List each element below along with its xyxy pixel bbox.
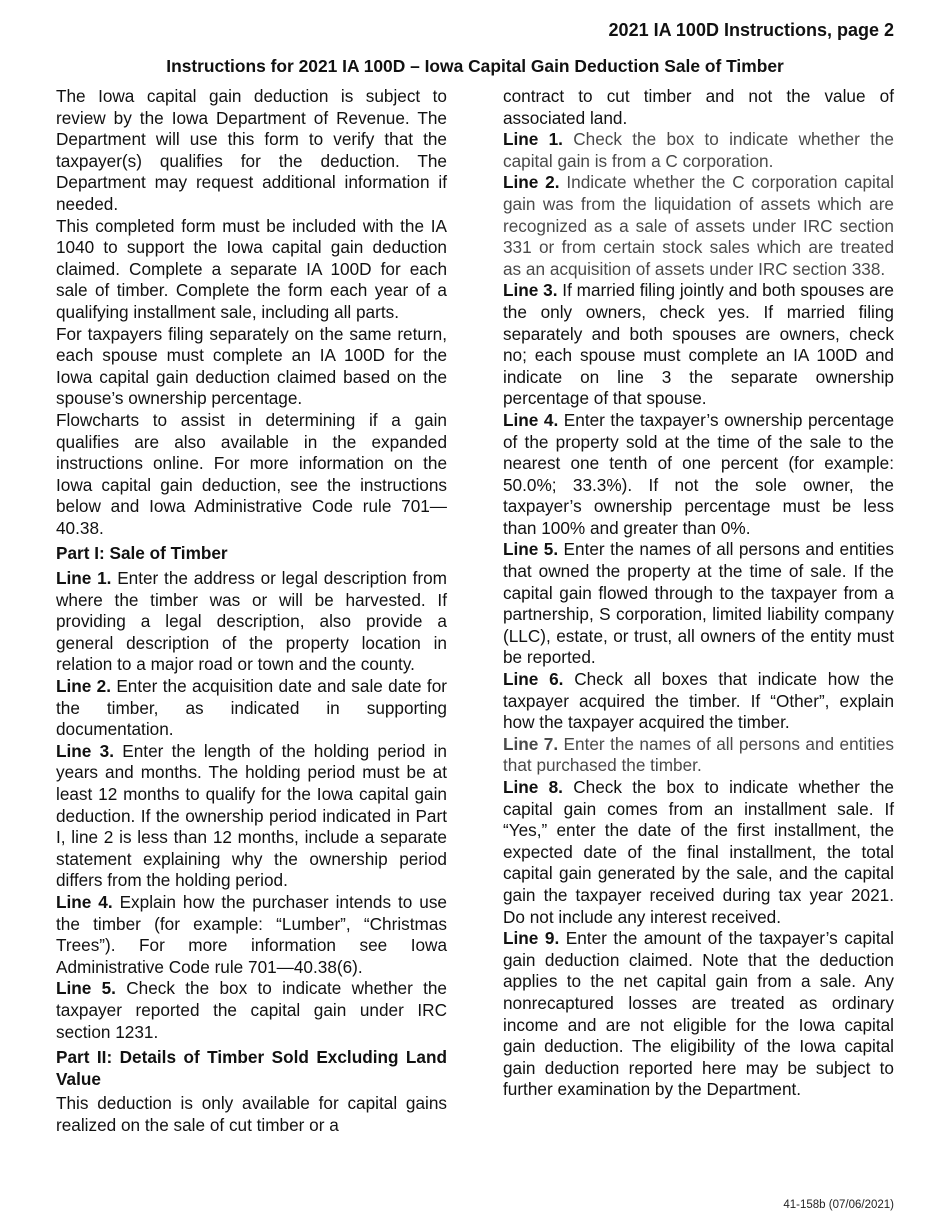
part2-line-5: Line 5. Enter the names of all persons a… xyxy=(503,539,894,669)
line-label: Line 1. xyxy=(56,568,111,588)
left-column: The Iowa capital gain deduction is subje… xyxy=(56,86,447,1137)
line-text: Enter the amount of the taxpayer’s capit… xyxy=(503,928,894,1099)
line-label: Line 3. xyxy=(503,280,557,300)
line-text: Enter the names of all persons and entit… xyxy=(503,539,894,667)
line-text: If married filing jointly and both spous… xyxy=(503,280,894,408)
line-text: Indicate whether the C corporation capit… xyxy=(503,172,894,278)
part2-intro: This deduction is only available for cap… xyxy=(56,1093,447,1136)
part2-heading: Part II: Details of Timber Sold Excludin… xyxy=(56,1047,447,1090)
line-text: Enter the taxpayer’s ownership percentag… xyxy=(503,410,894,538)
line-label: Line 7. xyxy=(503,734,558,754)
part2-line-6: Line 6. Check all boxes that indicate ho… xyxy=(503,669,894,734)
part1-line-2: Line 2. Enter the acquisition date and s… xyxy=(56,676,447,741)
part1-line-3: Line 3. Enter the length of the holding … xyxy=(56,741,447,892)
part2-line-8: Line 8. Check the box to indicate whethe… xyxy=(503,777,894,928)
line-label: Line 2. xyxy=(56,676,111,696)
line-label: Line 2. xyxy=(503,172,560,192)
page-header: 2021 IA 100D Instructions, page 2 xyxy=(609,20,894,41)
line-label: Line 9. xyxy=(503,928,559,948)
line-label: Line 5. xyxy=(503,539,558,559)
line-label: Line 8. xyxy=(503,777,563,797)
intro-paragraph: Flowcharts to assist in determining if a… xyxy=(56,410,447,540)
part2-line-9: Line 9. Enter the amount of the taxpayer… xyxy=(503,928,894,1101)
line-label: Line 4. xyxy=(56,892,113,912)
line-text: Enter the names of all persons and entit… xyxy=(503,734,894,776)
part1-line-4: Line 4. Explain how the purchaser intend… xyxy=(56,892,447,978)
intro-paragraph: This completed form must be included wit… xyxy=(56,216,447,324)
part1-line-1: Line 1. Enter the address or legal descr… xyxy=(56,568,447,676)
document-title: Instructions for 2021 IA 100D – Iowa Cap… xyxy=(0,56,950,77)
line-label: Line 6. xyxy=(503,669,563,689)
part1-line-5: Line 5. Check the box to indicate whethe… xyxy=(56,978,447,1043)
intro-paragraph: The Iowa capital gain deduction is subje… xyxy=(56,86,447,216)
line-label: Line 4. xyxy=(503,410,558,430)
intro-paragraph: For taxpayers filing separately on the s… xyxy=(56,324,447,410)
line-label: Line 3. xyxy=(56,741,114,761)
part2-line-2: Line 2. Indicate whether the C corporati… xyxy=(503,172,894,280)
part2-line-1: Line 1. Check the box to indicate whethe… xyxy=(503,129,894,172)
line-text: Enter the acquisition date and sale date… xyxy=(56,676,447,739)
line-text: Enter the address or legal description f… xyxy=(56,568,447,674)
part2-line-3: Line 3. If married filing jointly and bo… xyxy=(503,280,894,410)
line-label: Line 5. xyxy=(56,978,116,998)
part1-heading: Part I: Sale of Timber xyxy=(56,543,447,565)
form-code-footer: 41-158b (07/06/2021) xyxy=(783,1199,894,1211)
right-column: contract to cut timber and not the value… xyxy=(503,86,894,1101)
line-text: Explain how the purchaser intends to use… xyxy=(56,892,447,977)
part2-line-4: Line 4. Enter the taxpayer’s ownership p… xyxy=(503,410,894,540)
part2-line-7: Line 7. Enter the names of all persons a… xyxy=(503,734,894,777)
line-text: Enter the length of the holding period i… xyxy=(56,741,447,891)
part2-intro-continued: contract to cut timber and not the value… xyxy=(503,86,894,129)
line-text: Check the box to indicate whether the ca… xyxy=(503,777,894,927)
line-label: Line 1. xyxy=(503,129,563,149)
